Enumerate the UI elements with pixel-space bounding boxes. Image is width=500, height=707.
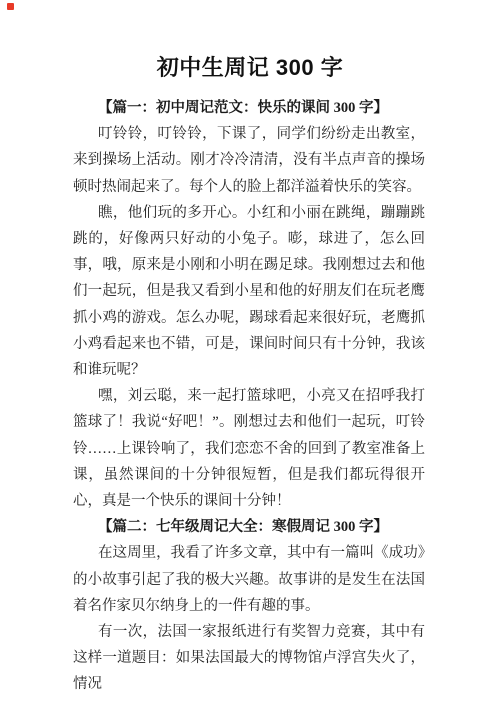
section-2-paragraph: 有一次，法国一家报纸进行有奖智力竞赛，其中有这样一道题目：如果法国最大的博物馆卢… <box>73 619 425 698</box>
section-2-heading: 【篇二：七年级周记大全：寒假周记 300 字】 <box>73 514 425 540</box>
section-1-paragraph: 瞧，他们玩的多开心。小红和小丽在跳绳，蹦蹦跳跳的，好像两只好动的小兔子。嘭，球进… <box>73 200 425 383</box>
page-title: 初中生周记 300 字 <box>0 0 500 84</box>
section-2-paragraph: 在这周里，我看了许多文章，其中有一篇叫《成功》的小故事引起了我的极大兴趣。故事讲… <box>73 540 425 619</box>
document-body: 【篇一：初中周记范文：快乐的课间 300 字】 叮铃铃，叮铃铃，下课了，同学们纷… <box>73 95 425 698</box>
document-page: 初中生周记 300 字 【篇一：初中周记范文：快乐的课间 300 字】 叮铃铃，… <box>0 0 500 707</box>
red-corner-marker-icon <box>7 3 14 10</box>
section-1-paragraph: 嘿，刘云聪，来一起打篮球吧，小亮又在招呼我打篮球了！我说“好吧！”。刚想过去和他… <box>73 383 425 514</box>
section-1-paragraph: 叮铃铃，叮铃铃，下课了，同学们纷纷走出教室，来到操场上活动。刚才冷冷清清，没有半… <box>73 121 425 200</box>
section-1-heading: 【篇一：初中周记范文：快乐的课间 300 字】 <box>73 95 425 121</box>
